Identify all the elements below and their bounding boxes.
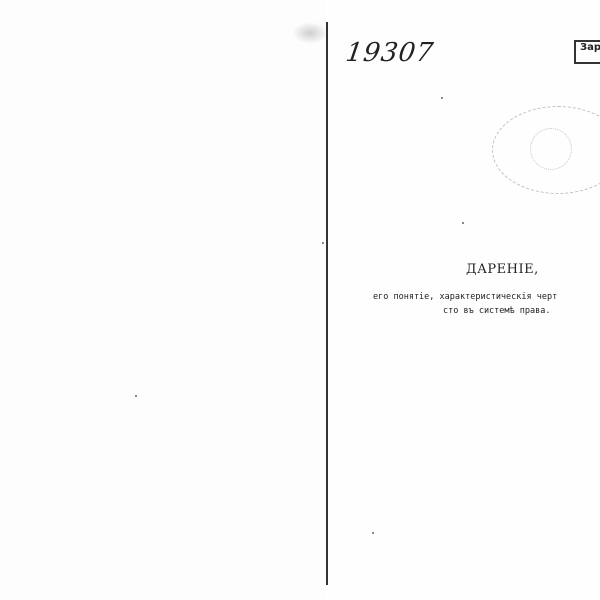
left-page: [0, 0, 326, 600]
book-title: ДАРЕНІЕ,: [466, 262, 539, 277]
handwritten-catalog-number: 19307: [344, 38, 436, 68]
scan-speck: [135, 395, 137, 397]
scan-smudge: [292, 22, 328, 44]
scan-speck: [372, 532, 374, 534]
library-stamp-label: Зар: [580, 42, 600, 53]
scan-speck: [441, 97, 443, 99]
faded-emblem-icon: [530, 128, 572, 170]
scan-speck: [462, 222, 464, 224]
book-subtitle-line-1: его понятіе, характеристическія черт: [373, 292, 557, 302]
book-subtitle-line-2: сто въ системѣ права.: [443, 306, 550, 316]
scan-speck: [322, 242, 324, 244]
